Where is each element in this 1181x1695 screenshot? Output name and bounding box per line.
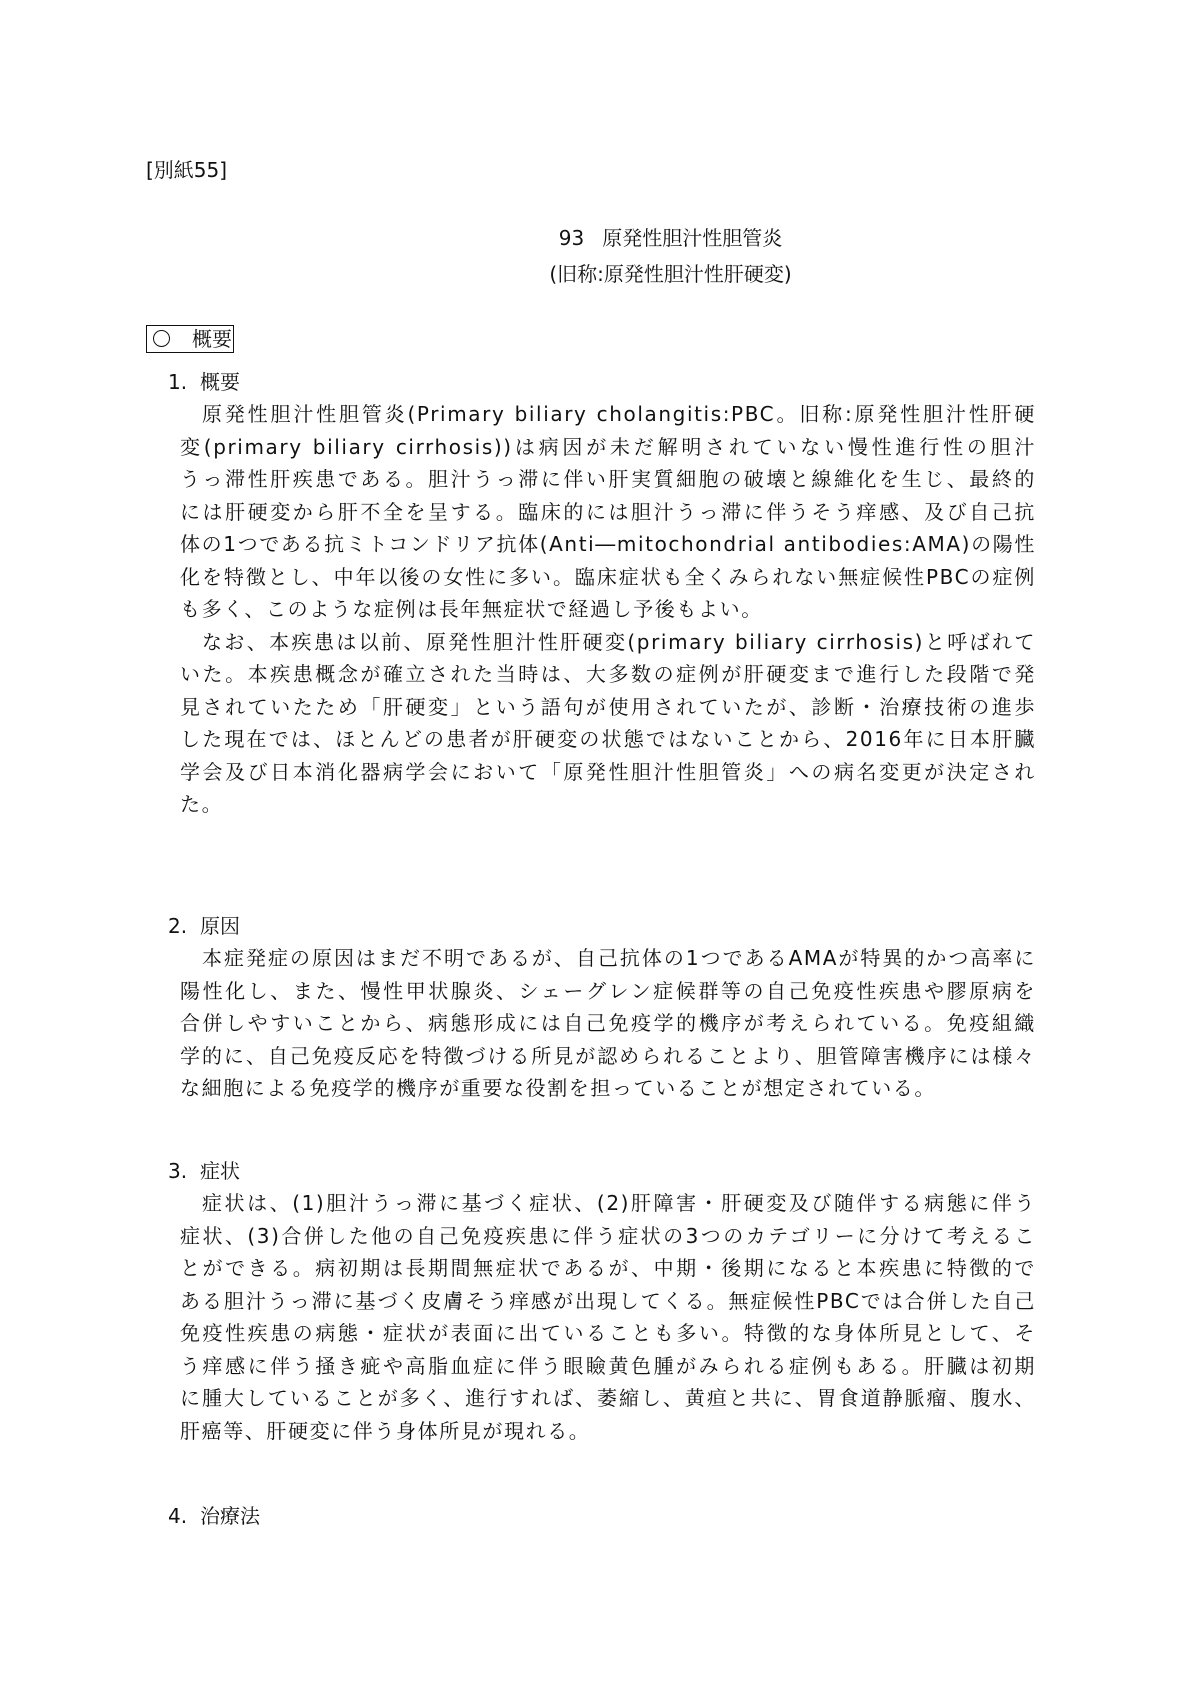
former-name: (旧称:原発性胆汁性肝硬変) <box>0 256 1181 292</box>
text-line: も多く、このような症例は長年無症状で経過し予後もよい。 <box>180 593 1036 626</box>
document-page: [別紙55] 93原発性胆汁性胆管炎 (旧称:原発性胆汁性肝硬変) 概要 1.概… <box>0 0 1181 1695</box>
text-line: 化を特徴とし、中年以後の女性に多い。臨床症状も全くみられない無症候性PBCの症例 <box>180 561 1036 594</box>
text-line: 本症発症の原因はまだ不明であるが、自己抗体の1つであるAMAが特異的かつ高率に <box>180 942 1036 975</box>
text-line: とができる。病初期は長期間無症状であるが、中期・後期になると本疾患に特徴的で <box>180 1252 1036 1285</box>
text-line: いた。本疾患概念が確立された当時は、大多数の症例が肝硬変まで進行した段階で発 <box>180 658 1036 691</box>
text-line: 症状は、(1)胆汁うっ滞に基づく症状、(2)肝障害・肝硬変及び随伴する病態に伴う <box>180 1187 1036 1220</box>
attachment-label: [別紙55] <box>146 154 227 183</box>
section-number: 4. <box>168 1500 200 1532</box>
text-line: 免疫性疾患の病態・症状が表面に出ていることも多い。特徴的な身体所見として、そ <box>180 1317 1036 1350</box>
text-line: 体の1つである抗ミトコンドリア抗体(Anti―mitochondrial ant… <box>180 528 1036 561</box>
section-treatment: 4.治療法 <box>168 1500 1038 1532</box>
paragraph: 原発性胆汁性胆管炎(Primary biliary cholangitis:PB… <box>180 398 1036 626</box>
text-line: た。 <box>180 788 1036 821</box>
text-line: う痒感に伴う掻き疵や高脂血症に伴う眼瞼黄色腫がみられる症例もある。肝臓は初期 <box>180 1350 1036 1383</box>
section-title: 原因 <box>200 914 240 938</box>
text-line: 原発性胆汁性胆管炎(Primary biliary cholangitis:PB… <box>180 398 1036 431</box>
text-line: うっ滞性肝疾患である。胆汁うっ滞に伴い肝実質細胞の破壊と線維化を生じ、最終的 <box>180 463 1036 496</box>
section-overview: 1.概要 原発性胆汁性胆管炎(Primary biliary cholangit… <box>168 366 1038 821</box>
text-line: には肝硬変から肝不全を呈する。臨床的には胆汁うっ滞に伴うそう痒感、及び自己抗 <box>180 496 1036 529</box>
disease-name: 原発性胆汁性胆管炎 <box>602 226 782 250</box>
disease-number: 93 <box>559 226 584 250</box>
text-line: 変(primary biliary cirrhosis))は病因が未だ解明されて… <box>180 431 1036 464</box>
title-main-line: 93原発性胆汁性胆管炎 <box>0 220 1181 256</box>
section-heading: 2.原因 <box>168 910 1038 942</box>
document-title: 93原発性胆汁性胆管炎 (旧称:原発性胆汁性肝硬変) <box>0 220 1181 292</box>
paragraph: 症状は、(1)胆汁うっ滞に基づく症状、(2)肝障害・肝硬変及び随伴する病態に伴う… <box>180 1187 1036 1447</box>
section-number: 2. <box>168 910 200 942</box>
section-heading: 3.症状 <box>168 1155 1038 1187</box>
section-heading: 4.治療法 <box>168 1500 1038 1532</box>
section-heading: 1.概要 <box>168 366 1038 398</box>
paragraph: なお、本疾患は以前、原発性胆汁性肝硬変(primary biliary cirr… <box>180 626 1036 821</box>
section-title: 概要 <box>200 370 240 394</box>
text-line: ある胆汁うっ滞に基づく皮膚そう痒感が出現してくる。無症候性PBCでは合併した自己 <box>180 1285 1036 1318</box>
section-box-label: 概要 <box>192 327 232 351</box>
section-number: 3. <box>168 1155 200 1187</box>
section-title: 治療法 <box>200 1504 260 1528</box>
section-box-overview: 概要 <box>146 325 234 353</box>
text-line: 肝癌等、肝硬変に伴う身体所見が現れる。 <box>180 1415 1036 1448</box>
section-title: 症状 <box>200 1159 240 1183</box>
text-line: なお、本疾患は以前、原発性胆汁性肝硬変(primary biliary cirr… <box>180 626 1036 659</box>
text-line: に腫大していることが多く、進行すれば、萎縮し、黄疸と共に、胃食道静脈瘤、腹水、 <box>180 1382 1036 1415</box>
circle-icon <box>153 330 170 347</box>
text-line: 症状、(3)合併した他の自己免疫疾患に伴う症状の3つのカテゴリーに分けて考えるこ <box>180 1220 1036 1253</box>
text-line: 合併しやすいことから、病態形成には自己免疫学的機序が考えられている。免疫組織 <box>180 1007 1036 1040</box>
text-line: した現在では、ほとんどの患者が肝硬変の状態ではないことから、2016年に日本肝臓 <box>180 723 1036 756</box>
text-line: 見されていたため「肝硬変」という語句が使用されていたが、診断・治療技術の進歩 <box>180 691 1036 724</box>
section-cause: 2.原因 本症発症の原因はまだ不明であるが、自己抗体の1つであるAMAが特異的か… <box>168 910 1038 1105</box>
text-line: 学的に、自己免疫反応を特徴づける所見が認められることより、胆管障害機序には様々 <box>180 1040 1036 1073</box>
text-line: 陽性化し、また、慢性甲状腺炎、シェーグレン症候群等の自己免疫性疾患や膠原病を <box>180 975 1036 1008</box>
text-line: 学会及び日本消化器病学会において「原発性胆汁性胆管炎」への病名変更が決定され <box>180 756 1036 789</box>
text-line: な細胞による免疫学的機序が重要な役割を担っていることが想定されている。 <box>180 1072 1036 1105</box>
section-number: 1. <box>168 366 200 398</box>
section-symptoms: 3.症状 症状は、(1)胆汁うっ滞に基づく症状、(2)肝障害・肝硬変及び随伴する… <box>168 1155 1038 1447</box>
paragraph: 本症発症の原因はまだ不明であるが、自己抗体の1つであるAMAが特異的かつ高率に … <box>180 942 1036 1105</box>
